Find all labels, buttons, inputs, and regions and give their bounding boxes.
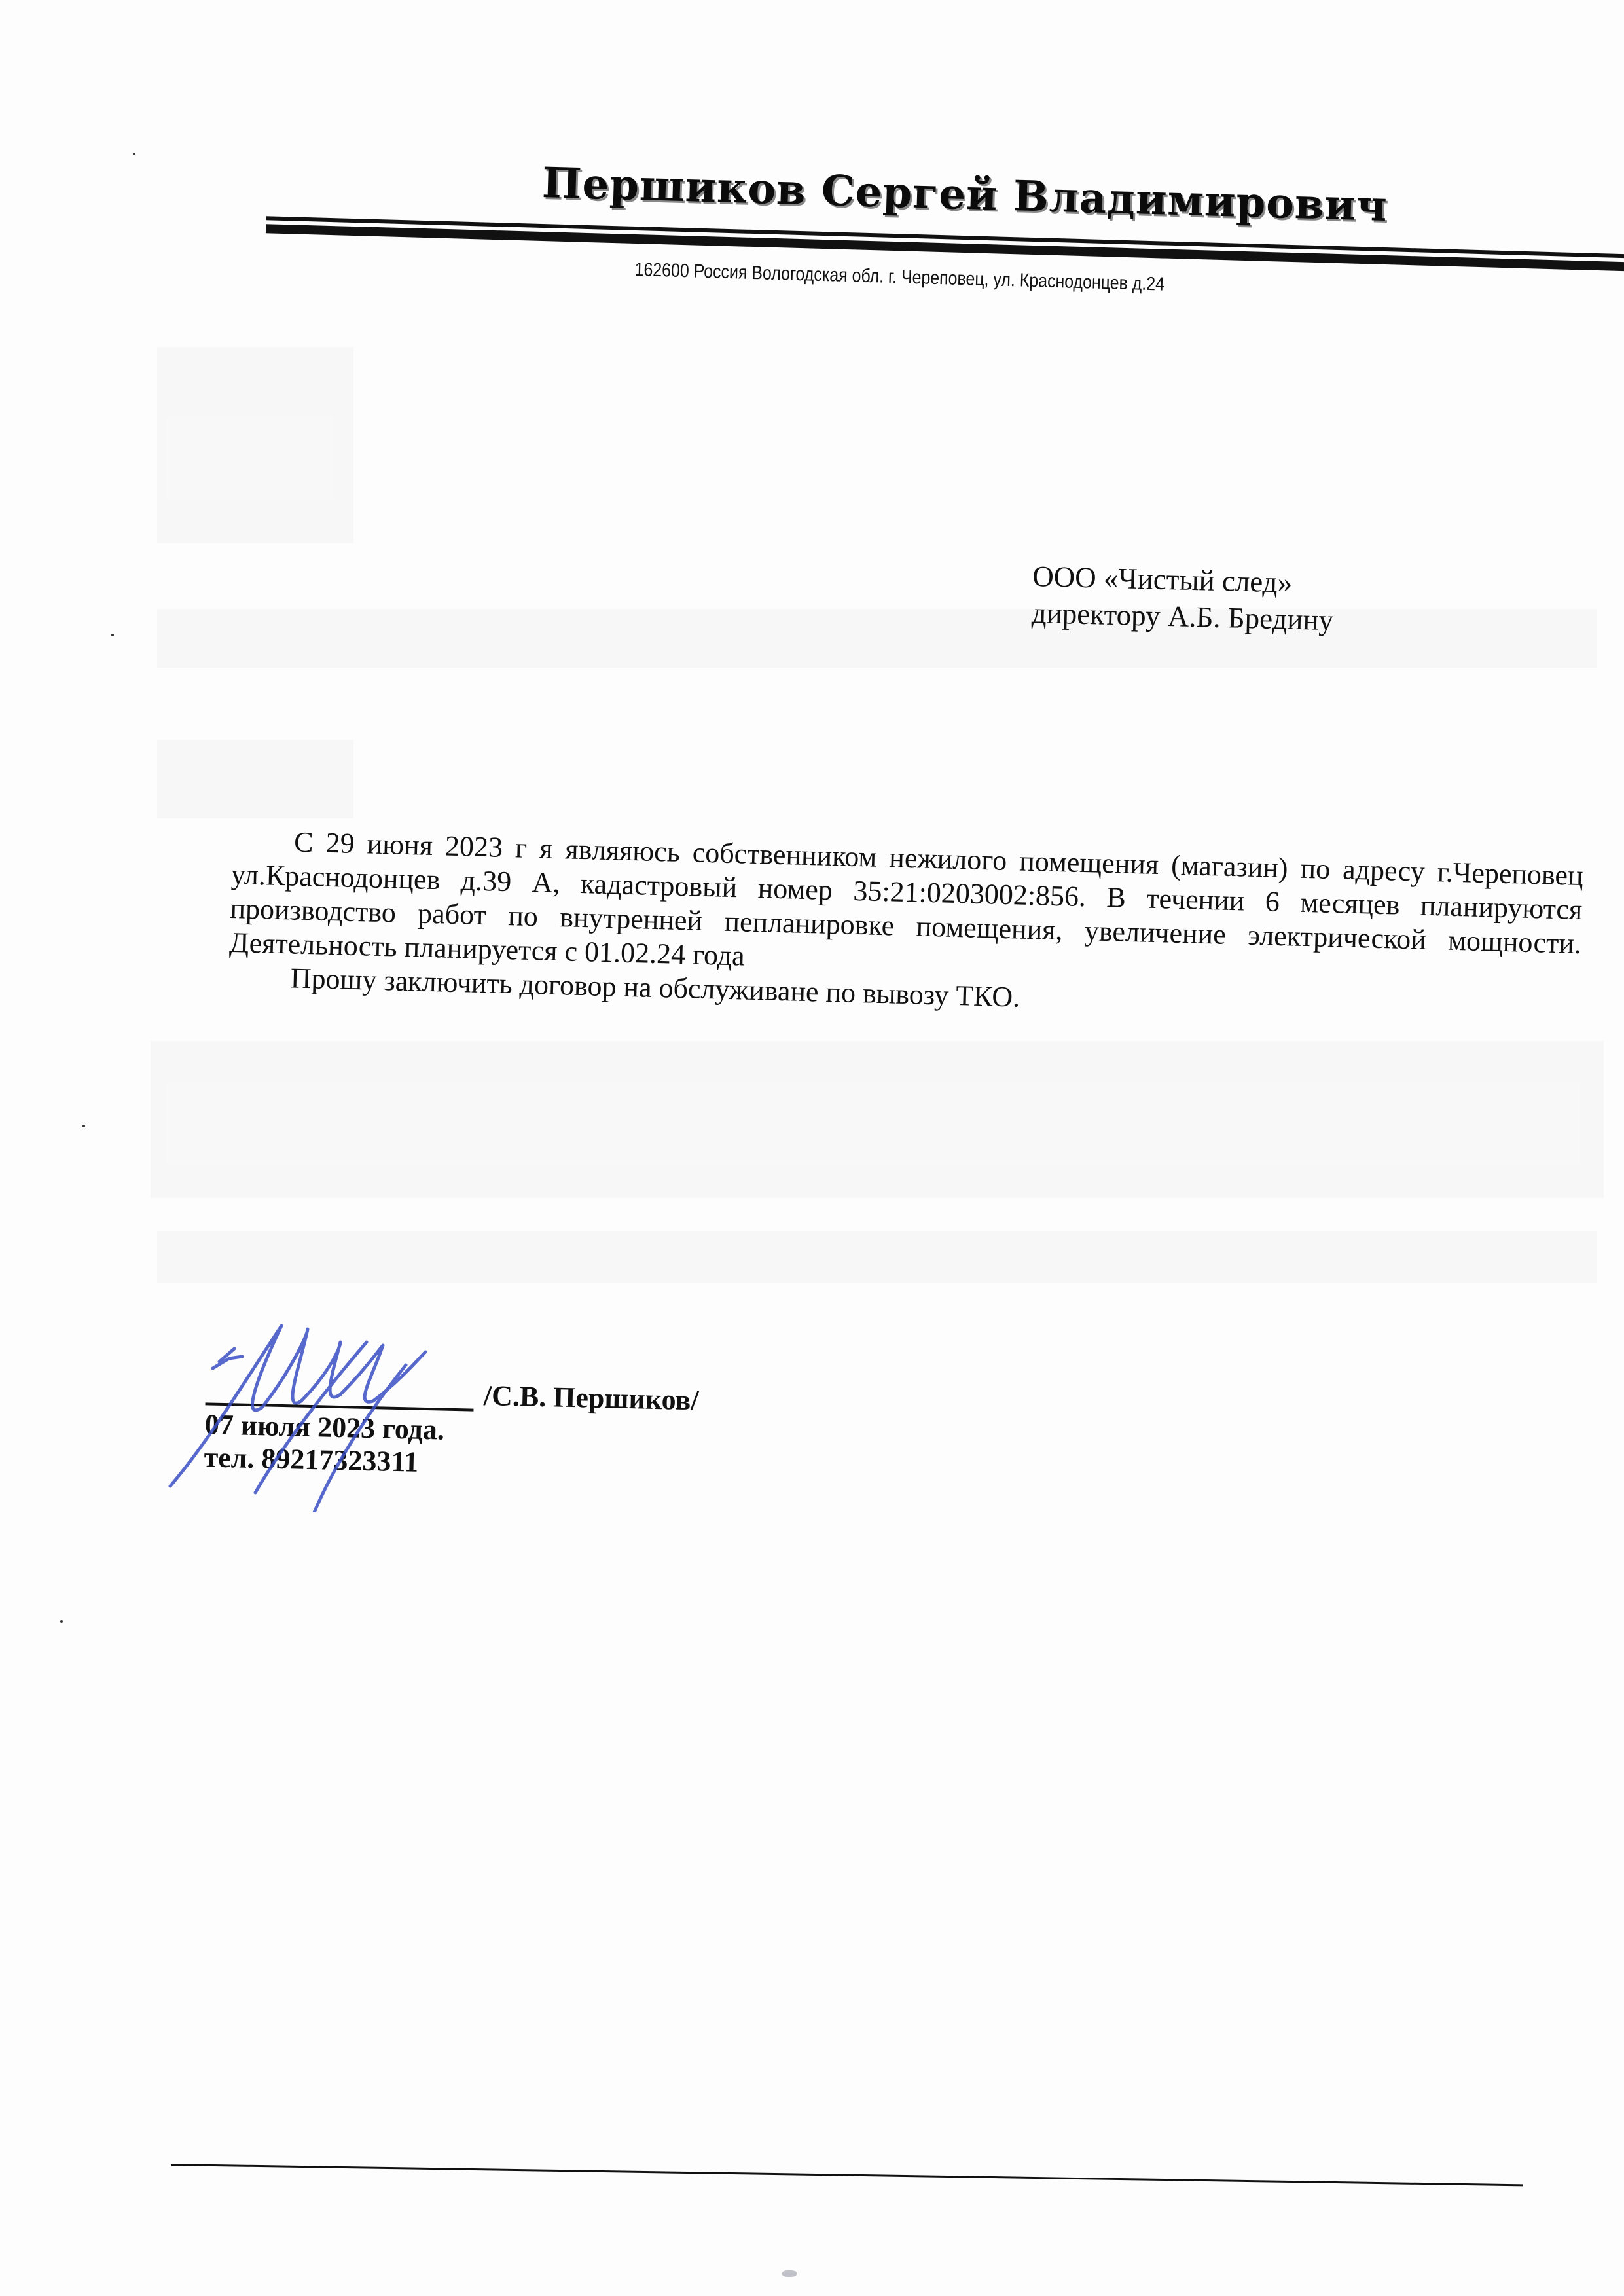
footer-divider (171, 2164, 1523, 2186)
recipient-addressee: директору А.Б. Бредину (1031, 594, 1334, 638)
scan-smudge (782, 2270, 797, 2277)
letterhead-address: 162600 Россия Вологодская обл. г. Черепо… (634, 259, 1164, 296)
scan-speck (82, 1125, 85, 1127)
bleed-through-mark (157, 740, 353, 818)
letter-body: С 29 июня 2023 г я являяюсь собственнико… (228, 824, 1583, 1029)
bleed-through-mark (151, 1041, 1604, 1198)
bleed-through-mark (157, 1231, 1597, 1283)
bleed-through-mark (157, 347, 353, 543)
bleed-through-mark (157, 609, 1597, 668)
scan-speck (60, 1620, 63, 1623)
letterhead: Першиков Сергей Владимирович 162600 Росс… (262, 137, 1624, 176)
scan-speck (111, 634, 114, 636)
scanned-letter-page: Першиков Сергей Владимирович 162600 Росс… (0, 0, 1624, 2296)
scan-speck (133, 153, 135, 155)
letterhead-name: Першиков Сергей Владимирович (541, 158, 1388, 231)
recipient-block: ООО «Чистый след» директору А.Б. Бредину (1031, 558, 1335, 638)
handwritten-signature-icon (157, 1296, 550, 1512)
